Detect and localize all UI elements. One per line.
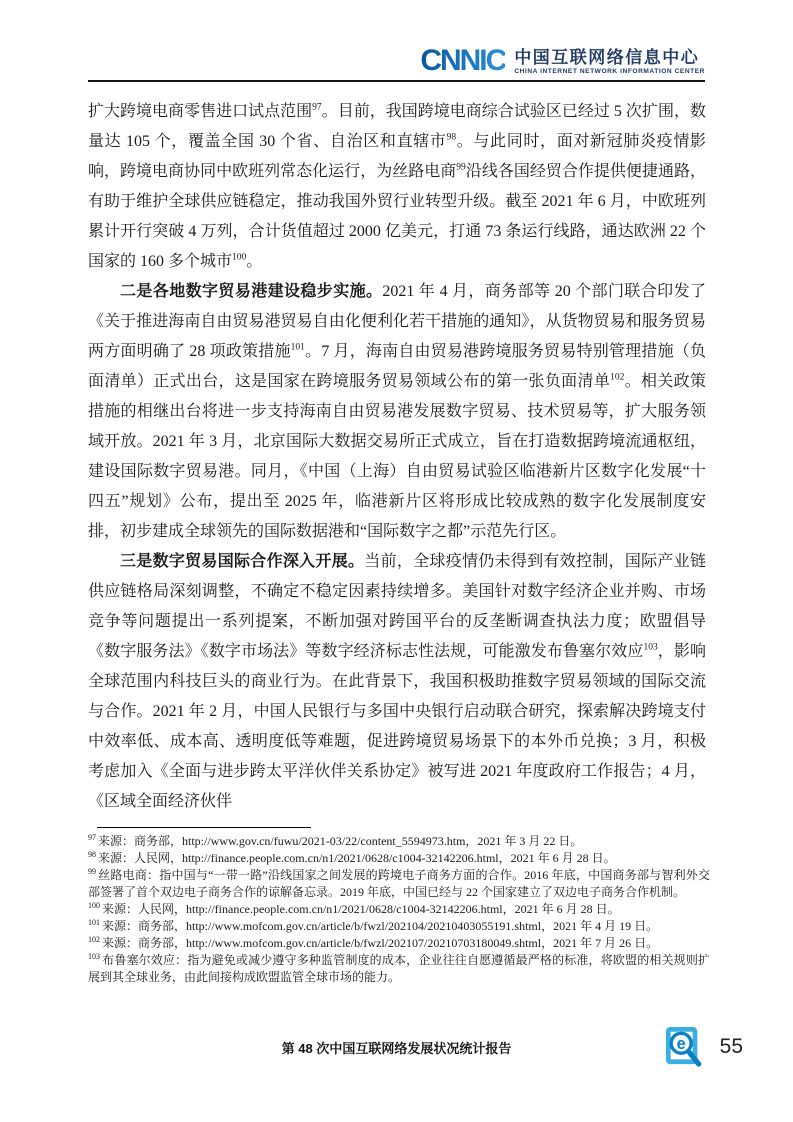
body-paragraph: 扩大跨境电商零售进口试点范围97。目前，我国跨境电商综合试验区已经过 5 次扩围… (88, 97, 706, 277)
footnotes: 97来源：商务部，http://www.gov.cn/fuwu/2021-03/… (88, 833, 710, 986)
footnote-number: 101 (88, 918, 100, 927)
footnote-number: 98 (88, 850, 96, 859)
paragraph-lead-bold: 二是各地数字贸易港建设稳步实施。 (120, 283, 382, 300)
footnote-ref: 97 (312, 103, 322, 113)
org-name-en: CHINA INTERNET NETWORK INFORMATION CENTE… (514, 67, 705, 76)
org-name-block: 中国互联网络信息中心 CHINA INTERNET NETWORK INFORM… (514, 48, 705, 76)
footnote-number: 103 (88, 952, 100, 961)
footnote-ref: 100 (232, 253, 246, 263)
footnote: 100来源：人民网，http://finance.people.com.cn/n… (88, 901, 710, 918)
page-number: 55 (720, 1026, 743, 1068)
cnnic-logo: CNNIC (420, 48, 505, 74)
footnote-number: 100 (88, 901, 100, 910)
footnote: 103布鲁塞尔效应：指为避免或减少遵守多种监管制度的成本，企业往往自愿遵循最严格… (88, 952, 710, 986)
footnote-number: 102 (88, 935, 100, 944)
footnote-ref: 102 (610, 373, 624, 383)
footer-right: e 55 (665, 1026, 743, 1068)
footnote-number: 97 (88, 833, 96, 842)
paragraph-lead-bold: 三是数字贸易国际合作深入开展。 (120, 553, 364, 570)
footnote: 102来源：商务部，http://www.mofcom.gov.cn/artic… (88, 935, 710, 952)
body-content: 扩大跨境电商零售进口试点范围97。目前，我国跨境电商综合试验区已经过 5 次扩围… (88, 97, 706, 817)
footnote-ref: 103 (643, 643, 657, 653)
body-paragraph: 二是各地数字贸易港建设稳步实施。2021 年 4 月，商务部等 20 个部门联合… (88, 277, 706, 547)
footnote: 99丝路电商：指中国与“一带一路”沿线国家之间发展的跨境电子商务方面的合作。20… (88, 867, 710, 901)
header-rule (88, 80, 705, 82)
body-paragraph: 三是数字贸易国际合作深入开展。当前，全球疫情仍未得到有效控制，国际产业链供应链格… (88, 547, 706, 817)
org-name-cn: 中国互联网络信息中心 (514, 48, 705, 67)
page-header: CNNIC 中国互联网络信息中心 CHINA INTERNET NETWORK … (420, 48, 705, 76)
document-magnifier-icon: e (665, 1026, 703, 1068)
document-page: CNNIC 中国互联网络信息中心 CHINA INTERNET NETWORK … (0, 0, 793, 1122)
svg-text:e: e (676, 1035, 685, 1053)
footnote: 97来源：商务部，http://www.gov.cn/fuwu/2021-03/… (88, 833, 710, 850)
footnote-ref: 98 (447, 133, 457, 143)
footnote-number: 99 (88, 867, 96, 876)
footnote: 101来源：商务部，http://www.mofcom.gov.cn/artic… (88, 918, 710, 935)
footnote-separator (97, 827, 311, 828)
footnote-ref: 101 (291, 343, 305, 353)
footnote: 98来源：人民网，http://finance.people.com.cn/n1… (88, 850, 710, 867)
footnote-ref: 99 (456, 163, 466, 173)
